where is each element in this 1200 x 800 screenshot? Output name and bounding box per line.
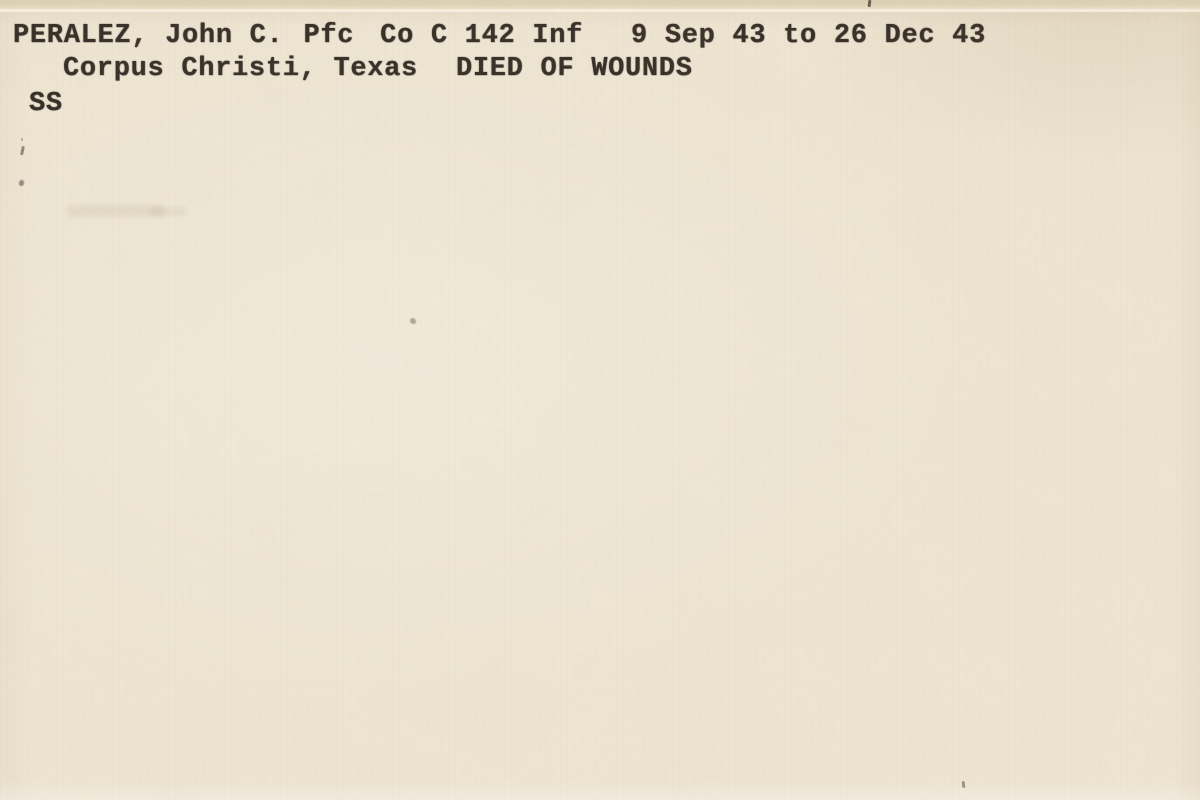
index-card: PERALEZ, John C.PfcCo C 142 Inf9 Sep 43 … (0, 0, 1200, 800)
unit: Co C 142 Inf (380, 21, 583, 52)
typed-line-1: PERALEZ, John C.PfcCo C 142 Inf9 Sep 43 … (13, 21, 986, 52)
hometown: Corpus Christi, Texas (63, 54, 418, 85)
award-note: SS (29, 89, 63, 120)
ink-speck-bottom (962, 781, 966, 788)
paper-texture-overlay (0, 0, 1200, 800)
bleed-through-smudge-small (150, 207, 186, 216)
faint-ink-comma-mark (20, 146, 25, 155)
card-top-edge (0, 0, 1200, 9)
typed-line-3: SS (29, 89, 63, 120)
soldier-name: PERALEZ, John C. (13, 21, 283, 52)
ink-speck-left (19, 180, 24, 186)
typed-line-2: Corpus Christi, TexasDIED OF WOUNDS (63, 54, 693, 85)
card-top-edge-highlight (0, 9, 1200, 12)
rank: Pfc (303, 21, 354, 52)
faint-ink-dot (21, 138, 23, 141)
casualty-status: DIED OF WOUNDS (456, 54, 693, 85)
service-period: 9 Sep 43 to 26 Dec 43 (631, 21, 986, 52)
ink-speck-center (410, 318, 416, 324)
